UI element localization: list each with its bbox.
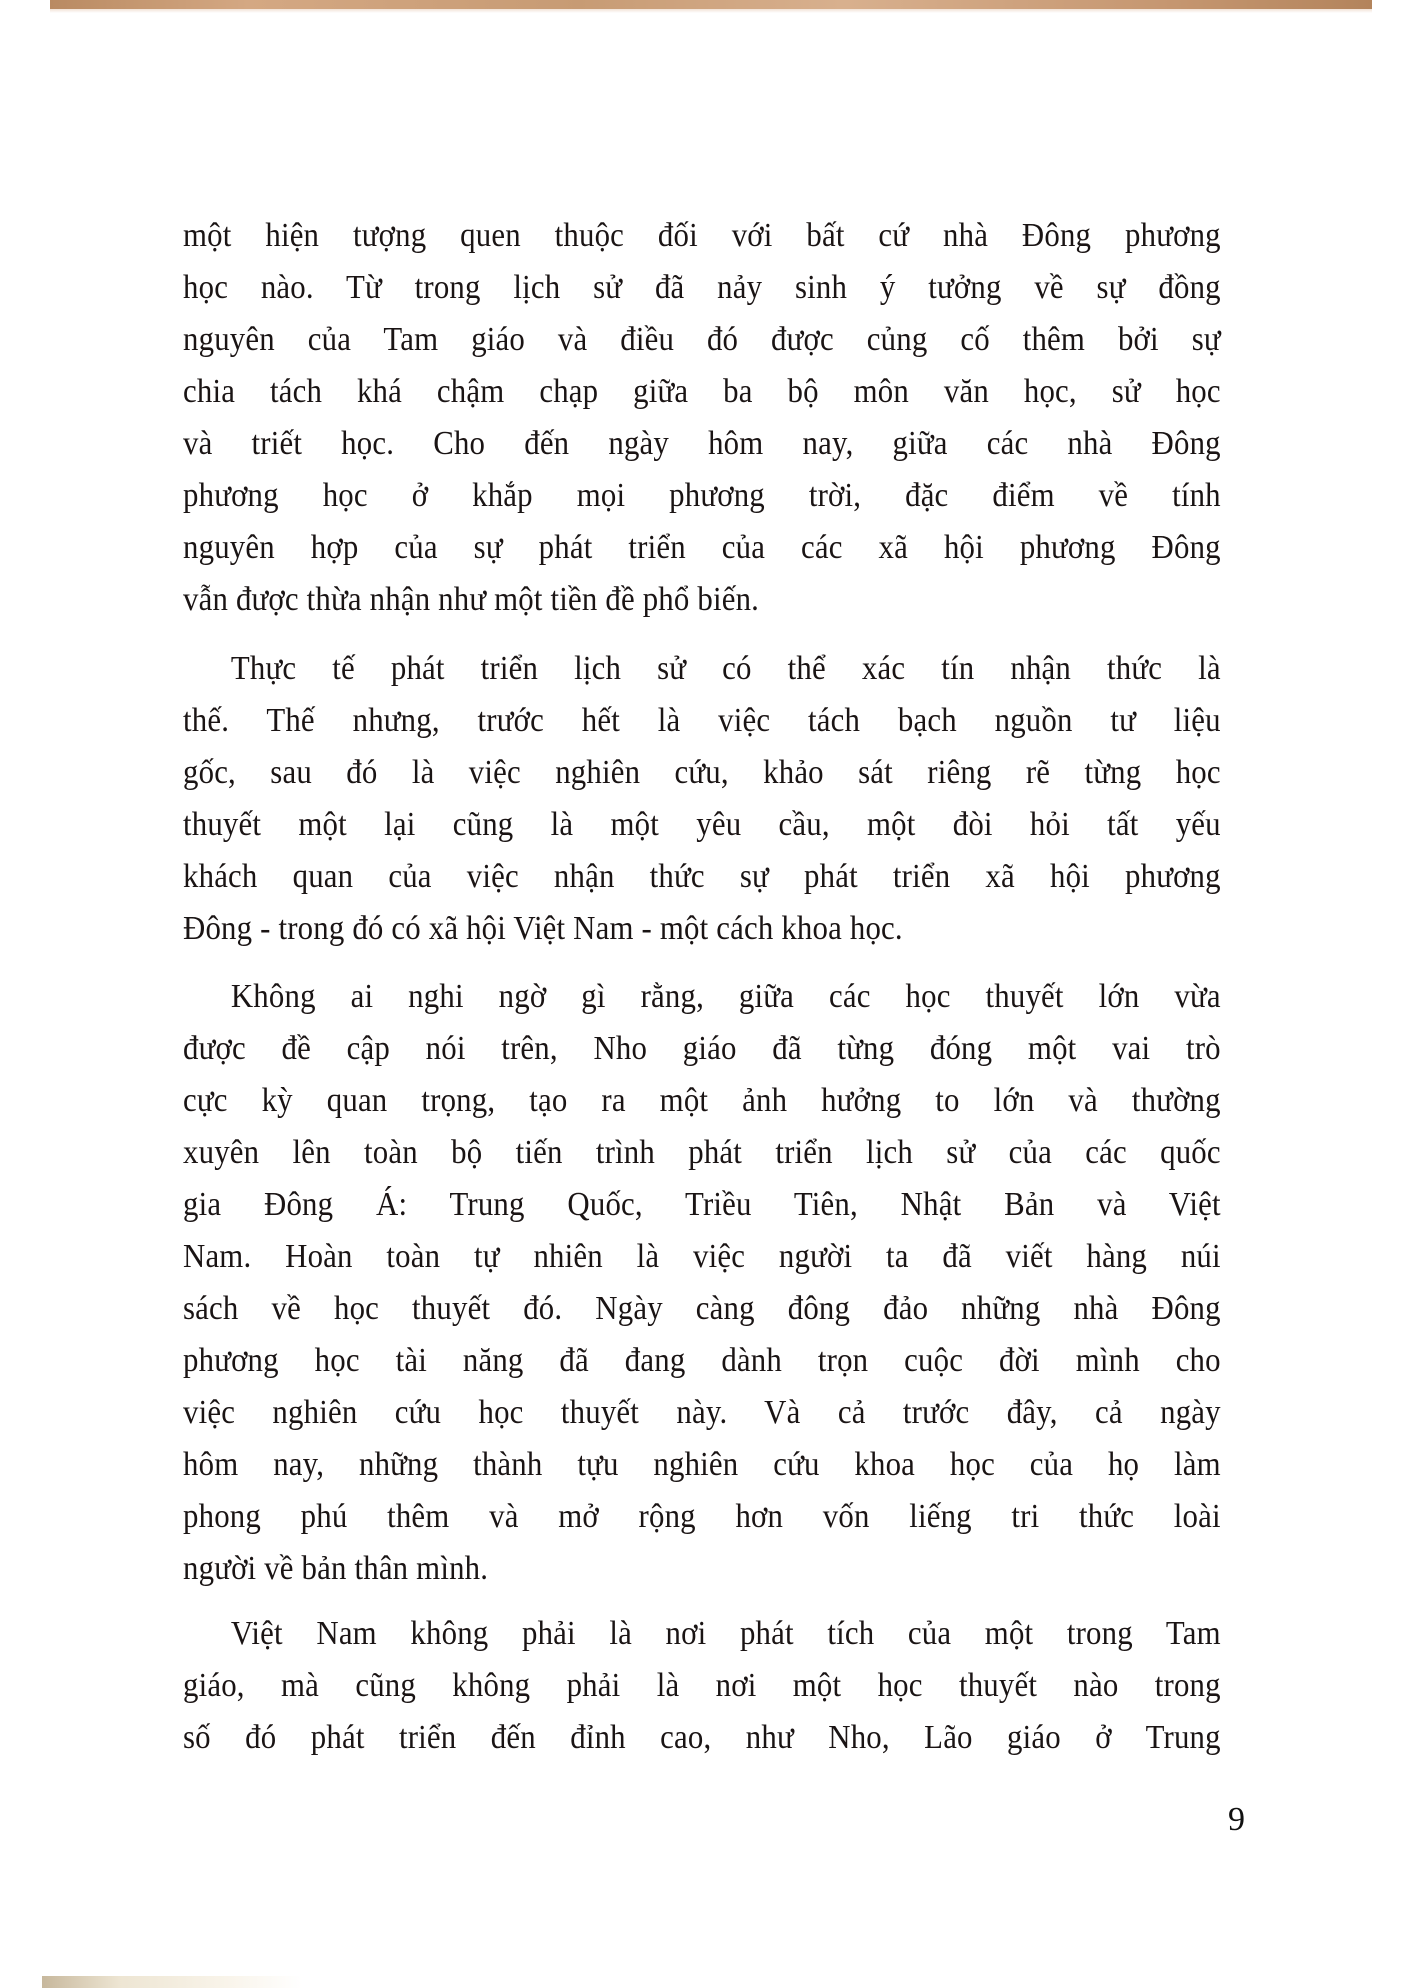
text-line: Đông - trong đó có xã hội Việt Nam - một… — [183, 907, 1221, 951]
text-line: giáo, mà cũng không phải là nơi một học … — [183, 1664, 1221, 1708]
text-line: Việt Nam không phải là nơi phát tích của… — [183, 1612, 1221, 1656]
text-line: vẫn được thừa nhận như một tiền đề phổ b… — [183, 578, 1221, 622]
text-line: được đề cập nói trên, Nho giáo đã từng đ… — [183, 1027, 1221, 1071]
text-line: sách về học thuyết đó. Ngày càng đông đả… — [183, 1287, 1221, 1331]
text-line: phương học tài năng đã đang dành trọn cu… — [183, 1339, 1221, 1383]
text-line: một hiện tượng quen thuộc đối với bất cứ… — [183, 214, 1221, 258]
scan-bottom-edge — [42, 1976, 302, 1988]
text-line: hôm nay, những thành tựu nghiên cứu khoa… — [183, 1443, 1221, 1487]
text-line: Không ai nghi ngờ gì rằng, giữa các học … — [183, 975, 1221, 1019]
text-line: phong phú thêm và mở rộng hơn vốn liếng … — [183, 1495, 1221, 1539]
scan-top-edge — [50, 0, 1372, 9]
text-line: số đó phát triển đến đỉnh cao, như Nho, … — [183, 1716, 1221, 1760]
scan-top-edge-shadow — [50, 9, 1372, 13]
text-line: gốc, sau đó là việc nghiên cứu, khảo sát… — [183, 751, 1221, 795]
text-line: nguyên hợp của sự phát triển của các xã … — [183, 526, 1221, 570]
text-line: khách quan của việc nhận thức sự phát tr… — [183, 855, 1221, 899]
text-line: thế. Thế nhưng, trước hết là việc tách b… — [183, 699, 1221, 743]
text-line: xuyên lên toàn bộ tiến trình phát triển … — [183, 1131, 1221, 1175]
text-line: chia tách khá chậm chạp giữa ba bộ môn v… — [183, 370, 1221, 414]
text-line: thuyết một lại cũng là một yêu cầu, một … — [183, 803, 1221, 847]
text-line: học nào. Từ trong lịch sử đã nảy sinh ý … — [183, 266, 1221, 310]
text-line: phương học ở khắp mọi phương trời, đặc đ… — [183, 474, 1221, 518]
text-line: và triết học. Cho đến ngày hôm nay, giữa… — [183, 422, 1221, 466]
page-number: 9 — [1228, 1800, 1245, 1840]
text-line: nguyên của Tam giáo và điều đó được củng… — [183, 318, 1221, 362]
text-line: gia Đông Á: Trung Quốc, Triều Tiên, Nhật… — [183, 1183, 1221, 1227]
text-line: Thực tế phát triển lịch sử có thể xác tí… — [183, 647, 1221, 691]
text-line: việc nghiên cứu học thuyết này. Và cả tr… — [183, 1391, 1221, 1435]
text-line: cực kỳ quan trọng, tạo ra một ảnh hưởng … — [183, 1079, 1221, 1123]
text-line: Nam. Hoàn toàn tự nhiên là việc người ta… — [183, 1235, 1221, 1279]
text-line: người về bản thân mình. — [183, 1547, 1221, 1591]
